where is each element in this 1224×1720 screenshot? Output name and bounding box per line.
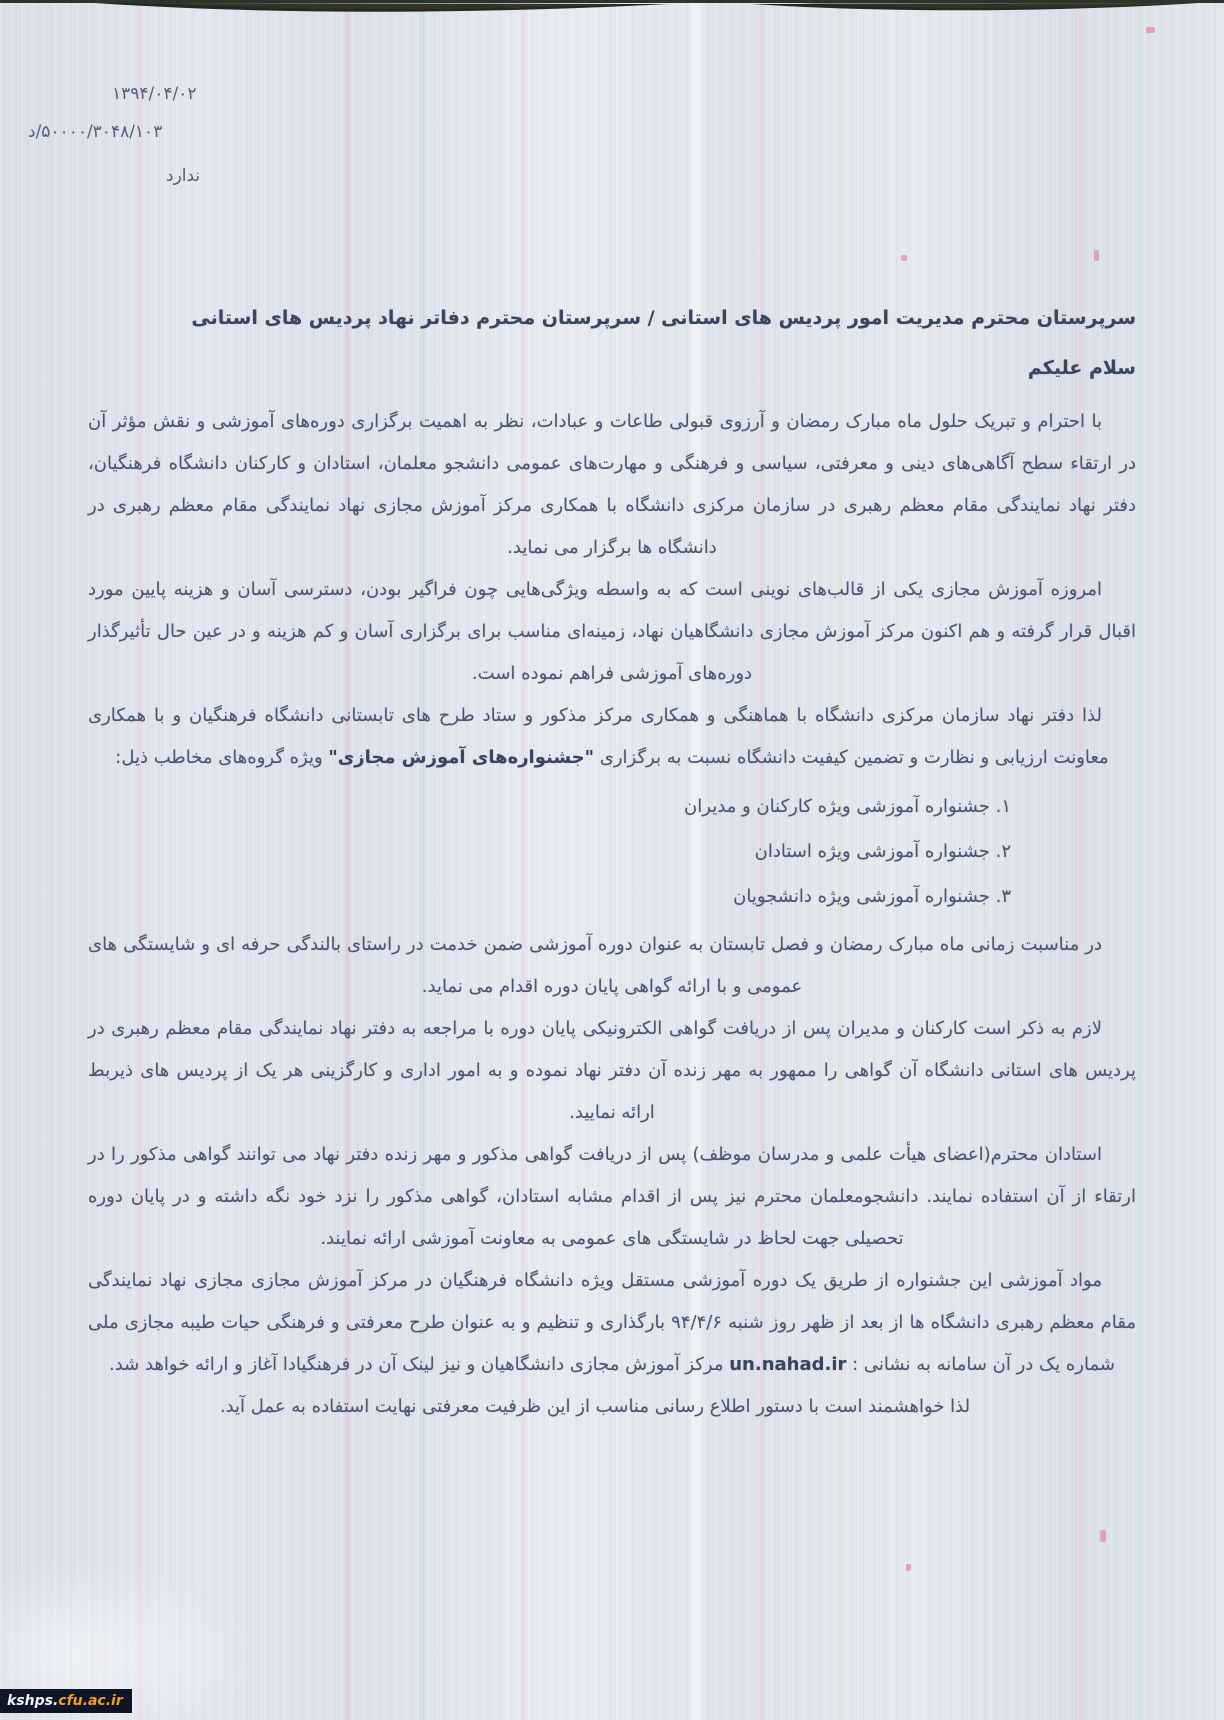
letter-body: سرپرستان محترم مدیریت امور پردیس های است…	[88, 293, 1136, 1428]
scan-top-edge	[0, 0, 1224, 20]
paragraph-timing: در مناسبت زمانی ماه مبارک رمضان و فصل تا…	[88, 924, 1136, 1008]
paragraph-intro: با احترام و تبریک حلول ماه مبارک رمضان و…	[88, 401, 1136, 569]
scan-artifact	[1100, 1530, 1106, 1542]
festival-list: ۱. جشنواره آموزشی ویژه کارکنان و مدیران …	[88, 779, 1136, 924]
letter-heading: سرپرستان محترم مدیریت امور پردیس های است…	[88, 293, 1136, 343]
paragraph-festival-announcement: لذا دفتر نهاد سازمان مرکزی دانشگاه با هم…	[88, 695, 1136, 779]
scan-artifact	[901, 255, 907, 261]
paragraph-course-tail: مرکز آموزش مجازی دانشگاهیان و نیز لینک آ…	[109, 1354, 729, 1375]
scan-artifact	[906, 1564, 911, 1571]
paragraph-certificate-professors: استادان محترم(اعضای هیأت علمی و مدرسان م…	[88, 1134, 1136, 1260]
list-item-staff: ۱. جشنواره آموزشی ویژه کارکنان و مدیران	[88, 784, 1011, 829]
festival-name: "جشنواره‌های آموزش مجازی"	[328, 747, 594, 768]
letter-date: ۱۳۹۴/۰۴/۰۲	[112, 84, 242, 104]
letter-salutation: سلام علیکم	[88, 343, 1136, 393]
watermark-site-domain: cfu.ac.ir	[58, 1689, 122, 1713]
site-watermark-link[interactable]: kshps.cfu.ac.ir	[0, 1689, 132, 1713]
portal-url: un.nahad.ir	[729, 1354, 846, 1375]
letter-attachment: ندارد	[166, 166, 200, 186]
paragraph-closing: لذا خواهشمند است با دستور اطلاع رسانی من…	[88, 1386, 1136, 1428]
letter-number: د/۵۰۰۰۰/۳۰۴۸/۱۰۳	[28, 122, 238, 142]
list-item-students: ۳. جشنواره آموزشی ویژه دانشجویان	[88, 874, 1011, 919]
scanned-letter-page: ۱۳۹۴/۰۴/۰۲ د/۵۰۰۰۰/۳۰۴۸/۱۰۳ ندارد سرپرست…	[0, 0, 1224, 1720]
paragraph-certificate-staff: لازم به ذکر است کارکنان و مدیران پس از د…	[88, 1008, 1136, 1134]
list-item-professors: ۲. جشنواره آموزشی ویژه استادان	[88, 829, 1011, 874]
paragraph-festival-tail: ویژه گروه‌های مخاطب ذیل:	[115, 747, 328, 768]
paragraph-virtual-education: امروزه آموزش مجازی یکی از قالب‌های نوینی…	[88, 569, 1136, 695]
scan-artifact	[1094, 250, 1099, 261]
paragraph-course-materials: مواد آموزشی این جشنواره از طریق یک دوره …	[88, 1260, 1136, 1386]
scan-artifact	[1146, 27, 1155, 33]
watermark-site-prefix: kshps.	[7, 1689, 58, 1713]
